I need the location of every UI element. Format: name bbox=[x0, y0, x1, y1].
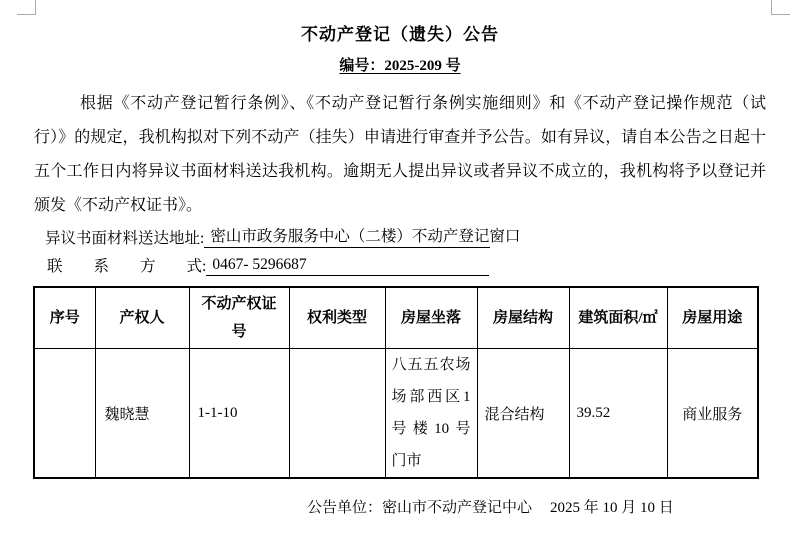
page-margin-mark-left-vertical bbox=[35, 0, 36, 15]
header-structure: 房屋结构 bbox=[477, 287, 569, 349]
header-location: 房屋坐落 bbox=[385, 287, 477, 349]
location-line: 号楼10号 bbox=[392, 413, 471, 445]
address-value: 密山市政务服务中心（二楼）不动产登记窗口 bbox=[204, 224, 490, 248]
doc-number-line: 编号：2025-209 号 bbox=[0, 54, 800, 75]
location-line: 八五五农场 bbox=[392, 349, 471, 381]
cell-area: 39.52 bbox=[569, 349, 667, 479]
header-right-type: 权利类型 bbox=[289, 287, 385, 349]
cell-owner: 魏晓慧 bbox=[95, 349, 189, 479]
cell-seq bbox=[34, 349, 95, 479]
location-line: 门市 bbox=[392, 445, 471, 477]
page-margin-mark-right-vertical bbox=[771, 0, 772, 15]
cell-location: 八五五农场 场部西区1 号楼10号 门市 bbox=[385, 349, 477, 479]
contact-value: 0467- 5296687 bbox=[206, 256, 489, 276]
doc-number-text: 编号：2025-209 号 bbox=[339, 58, 460, 74]
address-line: 异议书面材料送达地址:密山市政务服务中心（二楼）不动产登记窗口 bbox=[45, 224, 490, 248]
location-line: 场部西区1 bbox=[392, 381, 471, 413]
page-title: 不动产登记（遗失）公告 bbox=[0, 20, 800, 45]
header-owner: 产权人 bbox=[95, 287, 189, 349]
table-header-row: 序号 产权人 不动产权证号 权利类型 房屋坐落 房屋结构 建筑面积/㎡ 房屋用途 bbox=[34, 287, 758, 349]
body-paragraph: 根据《不动产登记暂行条例》、《不动产登记暂行条例实施细则》和《不动产登记操作规范… bbox=[34, 87, 766, 223]
cell-right-type bbox=[289, 349, 385, 479]
cell-usage: 商业服务 bbox=[667, 349, 758, 479]
page-margin-mark-right-horizontal bbox=[771, 14, 790, 15]
header-usage: 房屋用途 bbox=[667, 287, 758, 349]
cell-cert-no: 1-1-10 bbox=[189, 349, 289, 479]
header-cert-no: 不动产权证号 bbox=[189, 287, 289, 349]
announcement-table-wrap: 序号 产权人 不动产权证号 权利类型 房屋坐落 房屋结构 建筑面积/㎡ 房屋用途… bbox=[33, 286, 759, 479]
header-area: 建筑面积/㎡ bbox=[569, 287, 667, 349]
page-margin-mark-left-horizontal bbox=[17, 14, 36, 15]
cell-structure: 混合结构 bbox=[477, 349, 569, 479]
footer-date: 2025 年 10 月 10 日 bbox=[550, 500, 674, 516]
table-row: 魏晓慧 1-1-10 八五五农场 场部西区1 号楼10号 门市 混合结构 39.… bbox=[34, 349, 758, 479]
footer-unit: 公告单位：密山市不动产登记中心 bbox=[307, 500, 532, 516]
address-label: 异议书面材料送达地址: bbox=[45, 230, 204, 247]
contact-line: 联系方式:0467- 5296687 bbox=[47, 254, 489, 276]
footer-line: 公告单位：密山市不动产登记中心2025 年 10 月 10 日 bbox=[307, 496, 674, 517]
announcement-table: 序号 产权人 不动产权证号 权利类型 房屋坐落 房屋结构 建筑面积/㎡ 房屋用途… bbox=[33, 286, 759, 479]
header-seq: 序号 bbox=[34, 287, 95, 349]
